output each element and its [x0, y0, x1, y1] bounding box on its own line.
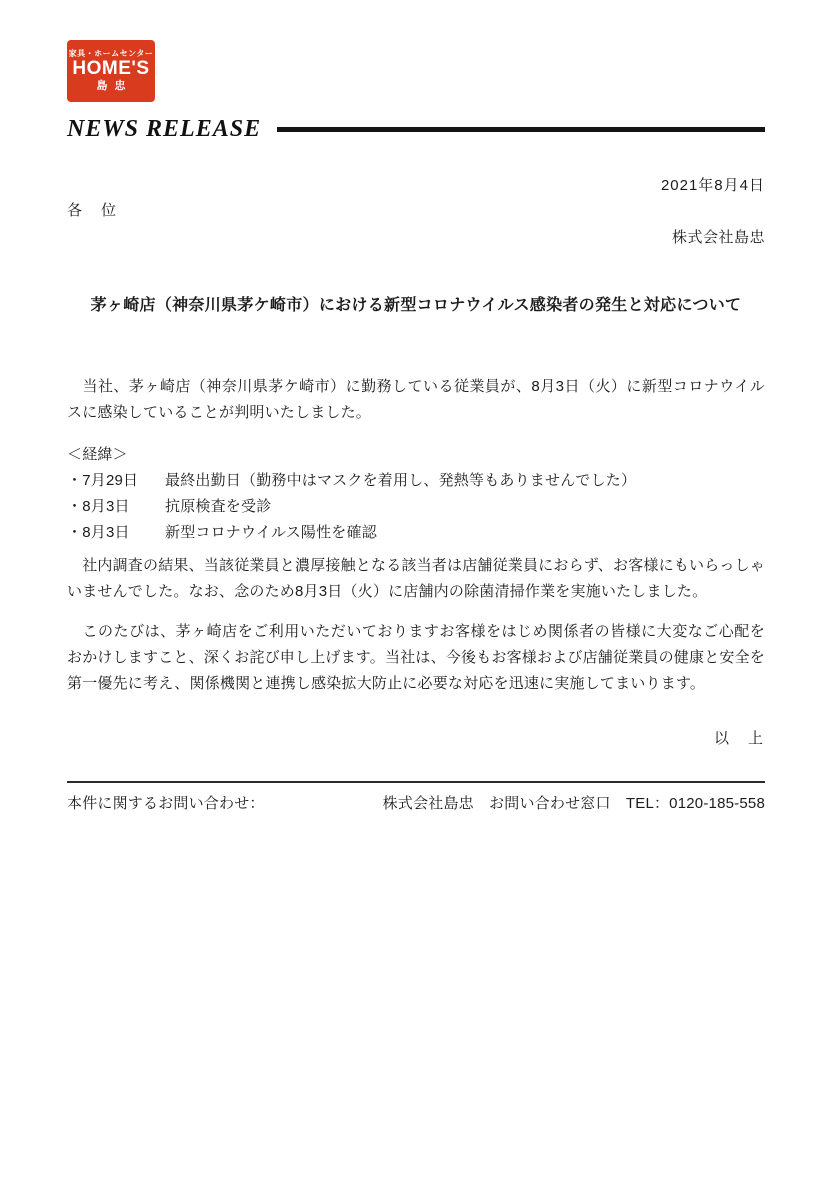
logo-company-name: 島忠	[90, 80, 133, 92]
footer-rule	[67, 781, 765, 783]
news-release-title: NEWS RELEASE	[67, 116, 261, 143]
timeline-heading: ＜経緯＞	[67, 442, 765, 468]
footer-contact-info: 株式会社島忠 お問い合わせ窓口 TEL：0120-185-558	[383, 792, 765, 813]
page-content: 家具・ホームセンター HOME'S 島忠 NEWS RELEASE 2021年8…	[0, 0, 832, 813]
timeline-row: ・8月3日 抗原検査を受診	[67, 494, 765, 520]
footer-contact-row: 本件に関するお問い合わせ： 株式会社島忠 お問い合わせ窓口 TEL：0120-1…	[67, 792, 765, 813]
timeline-date: ・8月3日	[67, 494, 165, 520]
timeline-desc: 最終出勤日（勤務中はマスクを着用し、発熱等もありませんでした）	[165, 468, 765, 494]
timeline-desc: 新型コロナウイルス陽性を確認	[165, 520, 765, 546]
timeline-section: ＜経緯＞ ・7月29日 最終出勤日（勤務中はマスクを着用し、発熱等もありませんで…	[67, 442, 765, 546]
footer-contact-label: 本件に関するお問い合わせ：	[67, 792, 265, 813]
timeline-row: ・8月3日 新型コロナウイルス陽性を確認	[67, 520, 765, 546]
homes-shimachu-logo: 家具・ホームセンター HOME'S 島忠	[67, 40, 155, 102]
issuing-company: 株式会社島忠	[67, 226, 765, 247]
document-title: 茅ヶ崎店（神奈川県茅ケ崎市）における新型コロナウイルス感染者の発生と対応について	[67, 295, 765, 317]
logo-brand: HOME'S	[72, 58, 149, 80]
header-rule	[277, 127, 765, 132]
timeline-date: ・8月3日	[67, 520, 165, 546]
logo-tagline: 家具・ホームセンター	[69, 50, 154, 59]
timeline-date: ・7月29日	[67, 468, 165, 494]
paragraph-apology: このたびは、茅ヶ崎店をご利用いただいておりますお客様をはじめ関係者の皆様に大変な…	[67, 619, 765, 697]
release-date: 2021年8月4日	[67, 174, 765, 195]
paragraph-announcement: 当社、茅ヶ崎店（神奈川県茅ケ崎市）に勤務している従業員が、8月3日（火）に新型コ…	[67, 374, 765, 426]
timeline-desc: 抗原検査を受診	[165, 494, 765, 520]
closing-mark: 以 上	[67, 727, 765, 748]
timeline-row: ・7月29日 最終出勤日（勤務中はマスクを着用し、発熱等もありませんでした）	[67, 468, 765, 494]
news-release-header: NEWS RELEASE	[67, 114, 765, 144]
paragraph-investigation: 社内調査の結果、当該従業員と濃厚接触となる該当者は店舗従業員におらず、お客様にも…	[67, 553, 765, 605]
press-release-page: 家具・ホームセンター HOME'S 島忠 NEWS RELEASE 2021年8…	[0, 0, 832, 1200]
addressee: 各 位	[67, 199, 765, 220]
